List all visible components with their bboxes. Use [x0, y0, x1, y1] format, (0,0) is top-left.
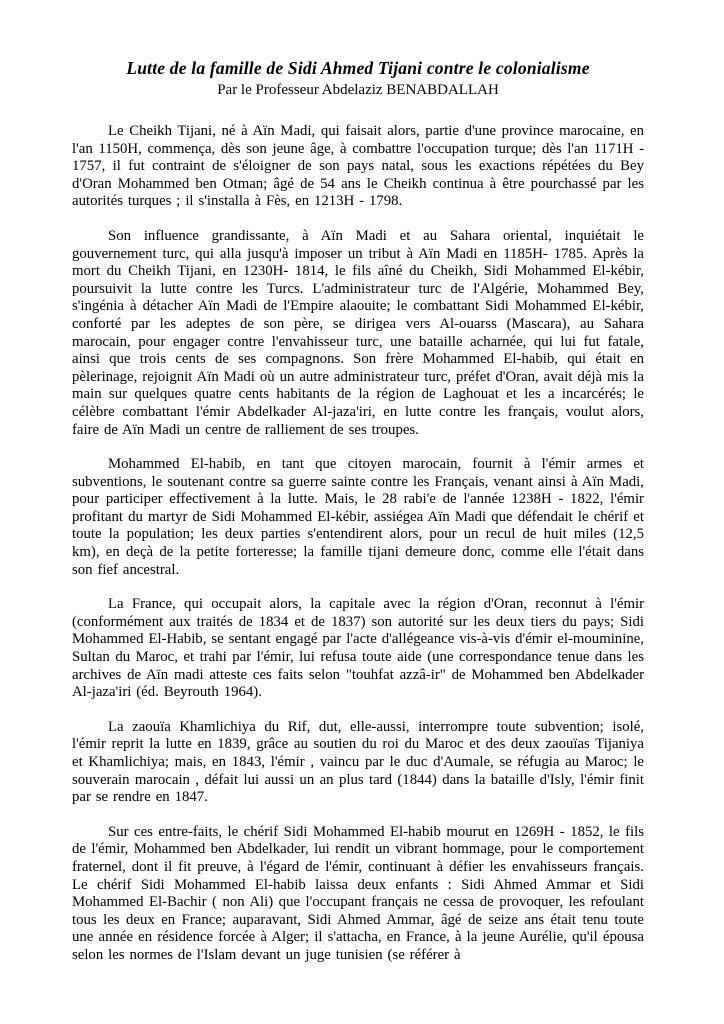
paragraph-2: Son influence grandissante, à Aïn Madi e…	[72, 228, 644, 439]
paragraph-6: Sur ces entre-faits, le chérif Sidi Moha…	[72, 824, 644, 965]
document-body: Le Cheikh Tijani, né à Aïn Madi, qui fai…	[72, 123, 644, 965]
document-byline: Par le Professeur Abdelaziz BENABDALLAH	[72, 82, 644, 99]
document-title: Lutte de la famille de Sidi Ahmed Tijani…	[72, 58, 644, 79]
document-page: Lutte de la famille de Sidi Ahmed Tijani…	[0, 0, 724, 1024]
paragraph-1: Le Cheikh Tijani, né à Aïn Madi, qui fai…	[72, 123, 644, 211]
paragraph-3: Mohammed El-habib, en tant que citoyen m…	[72, 456, 644, 579]
paragraph-5: La zaouïa Khamlichiya du Rif, dut, elle-…	[72, 719, 644, 807]
paragraph-4: La France, qui occupait alors, la capita…	[72, 596, 644, 702]
